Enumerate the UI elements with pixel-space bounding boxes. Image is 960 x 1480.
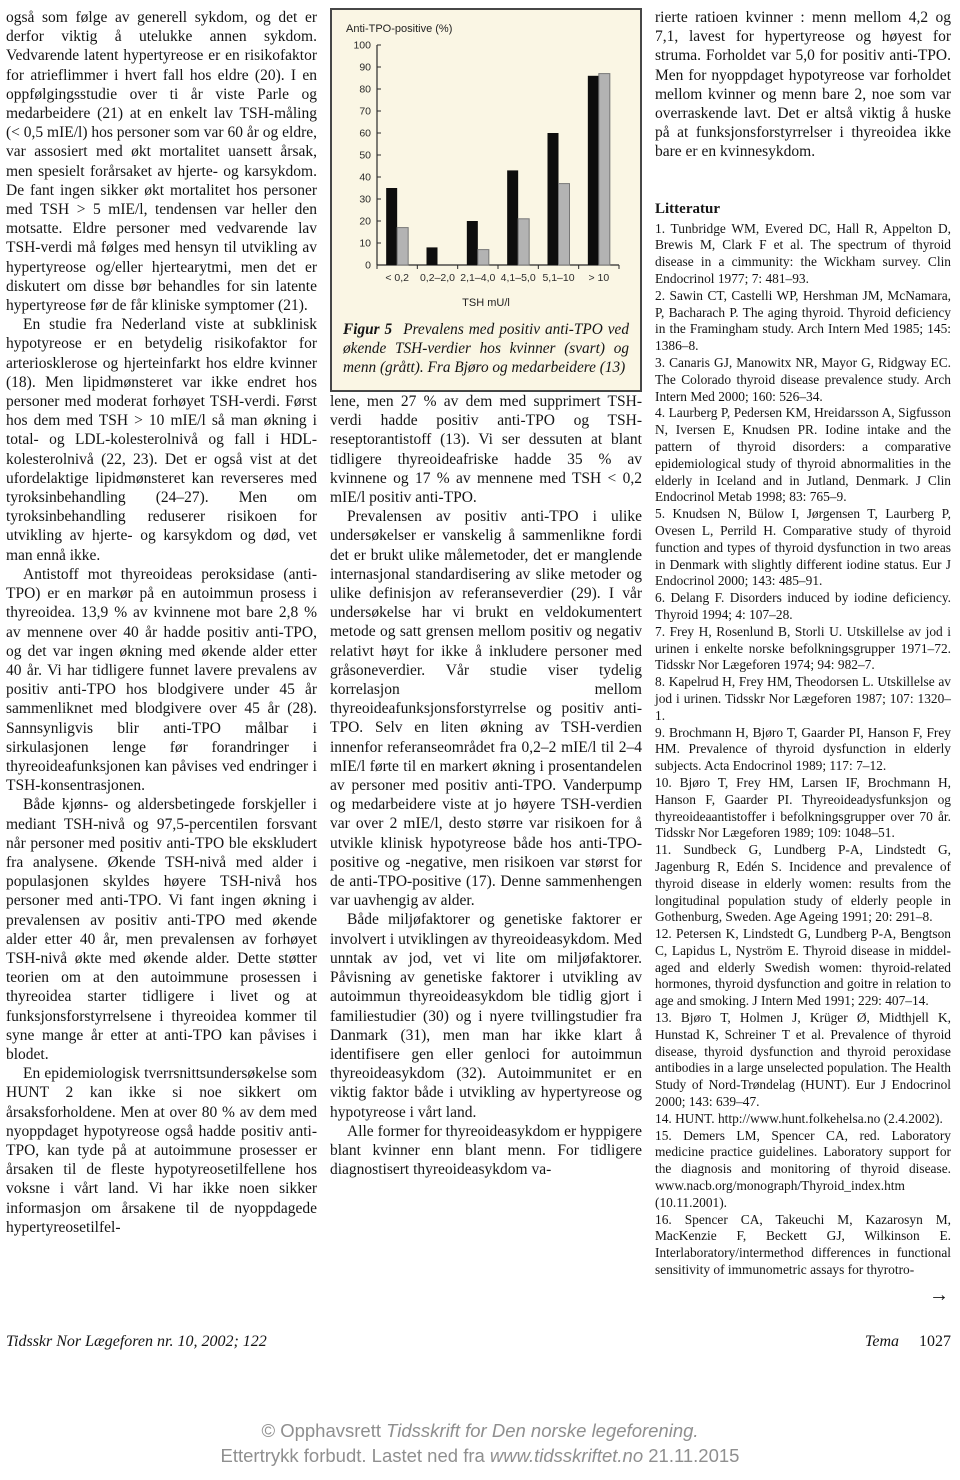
journal-issue-line: Tidsskr Nor Lægeforen nr. 10, 2002; 122: [6, 1332, 317, 1352]
chart-x-axis-title: TSH mU/l: [343, 297, 629, 309]
reference-item: 7. Frey H, Rosenlund B, Storli U. Utskil…: [655, 624, 951, 674]
reference-item: 9. Brochmann H, Bjøro T, Gaarder PI, Han…: [655, 725, 951, 775]
copyright-footer: © Opphavsrett Tidsskrift for Den norske …: [0, 1419, 960, 1468]
svg-text:50: 50: [359, 150, 371, 162]
reference-item: 6. Delang F. Disorders induced by iodine…: [655, 590, 951, 624]
reference-item: 4. Laurberg P, Pedersen KM, Hreidarsson …: [655, 405, 951, 506]
section-label: Tema: [865, 1333, 899, 1350]
bar-chart: 0102030405060708090100< 0,20,2–2,02,1–4,…: [343, 39, 629, 296]
right-column: rierte ratioen kvinner : menn mellom 4,2…: [655, 8, 951, 1352]
copyright-line: © Opphavsrett Tidsskrift for Den norske …: [0, 1419, 960, 1443]
reference-item: 12. Petersen K, Lindstedt G, Lundberg P-…: [655, 926, 951, 1010]
svg-text:60: 60: [359, 128, 371, 140]
reference-item: 2. Sawin CT, Castelli WP, Hershman JM, M…: [655, 288, 951, 355]
svg-text:5,1–10: 5,1–10: [542, 272, 574, 284]
reference-item: 10. Bjøro T, Frey HM, Larsen IF, Brochma…: [655, 775, 951, 842]
reference-item: 3. Canaris GJ, Manowitx NR, Mayor G, Rid…: [655, 355, 951, 405]
reference-item: 5. Knudsen N, Bülow I, Jørgensen T, Laur…: [655, 506, 951, 590]
svg-text:100: 100: [353, 40, 371, 52]
svg-text:90: 90: [359, 62, 371, 74]
chart-y-axis-title: Anti-TPO-positive (%): [346, 23, 629, 35]
reference-item: 1. Tunbridge WM, Evered DC, Hall R, Appe…: [655, 221, 951, 288]
paragraph: En studie fra Nederland viste at subklin…: [6, 315, 317, 565]
continuation-arrow-icon: →: [655, 1285, 951, 1305]
svg-text:10: 10: [359, 238, 371, 250]
svg-text:70: 70: [359, 106, 371, 118]
figure-caption: Figur 5Prevalens med positiv anti-TPO ve…: [343, 320, 629, 377]
svg-text:80: 80: [359, 84, 371, 96]
paragraph: En epidemiologisk tverrsnittsundersøkels…: [6, 1064, 317, 1237]
paragraph: lene, men 27 % av dem med supprimert TSH…: [330, 392, 642, 507]
literature-heading: Litteratur: [655, 200, 951, 218]
reference-item: 11. Sundbeck G, Lundberg P-A, Lindstedt …: [655, 842, 951, 926]
three-column-layout: også som følge av generell sykdom, og de…: [0, 0, 960, 1352]
paragraph: Alle former for thyreoideasykdom er hypp…: [330, 1122, 642, 1180]
svg-text:4,1–5,0: 4,1–5,0: [501, 272, 536, 284]
left-column: også som følge av generell sykdom, og de…: [6, 8, 317, 1352]
paragraph: Både miljøfaktorer og genetiske faktorer…: [330, 910, 642, 1121]
reference-item: 14. HUNT. http://www.hunt.folkehelsa.no …: [655, 1111, 951, 1128]
paragraph: rierte ratioen kvinner : menn mellom 4,2…: [655, 8, 951, 162]
svg-text:0: 0: [365, 260, 371, 272]
svg-text:0,2–2,0: 0,2–2,0: [420, 272, 455, 284]
section-and-page-number: Tema1027: [655, 1332, 951, 1352]
reference-item: 16. Spencer CA, Takeuchi M, Kazarosyn M,…: [655, 1212, 951, 1279]
reference-list: 1. Tunbridge WM, Evered DC, Hall R, Appe…: [655, 221, 951, 1279]
svg-text:30: 30: [359, 194, 371, 206]
figure-label: Figur 5: [343, 321, 392, 338]
journal-page: også som følge av generell sykdom, og de…: [0, 0, 960, 1480]
svg-text:20: 20: [359, 216, 371, 228]
reference-item: 8. Kapelrud H, Frey HM, Theodorsen L. Ut…: [655, 674, 951, 724]
svg-text:> 10: > 10: [588, 272, 609, 284]
paragraph: Antistoff mot thyreoideas peroksidase (a…: [6, 565, 317, 795]
paragraph: også som følge av generell sykdom, og de…: [6, 8, 317, 315]
reference-item: 13. Bjøro T, Holmen J, Krüger Ø, Midthje…: [655, 1010, 951, 1111]
middle-column: Anti-TPO-positive (%) 010203040506070809…: [330, 8, 642, 1352]
page-number: 1027: [919, 1333, 951, 1350]
svg-text:< 0,2: < 0,2: [385, 272, 409, 284]
svg-text:2,1–4,0: 2,1–4,0: [460, 272, 495, 284]
svg-text:40: 40: [359, 172, 371, 184]
reference-item: 15. Demers LM, Spencer CA, red. Laborato…: [655, 1128, 951, 1212]
figure-5-box: Anti-TPO-positive (%) 010203040506070809…: [330, 8, 642, 392]
download-line: Ettertrykk forbudt. Lastet ned fra www.t…: [0, 1444, 960, 1468]
paragraph: Prevalensen av positiv anti-TPO i ulike …: [330, 507, 642, 910]
paragraph: Både kjønns- og aldersbetingede forskjel…: [6, 795, 317, 1064]
